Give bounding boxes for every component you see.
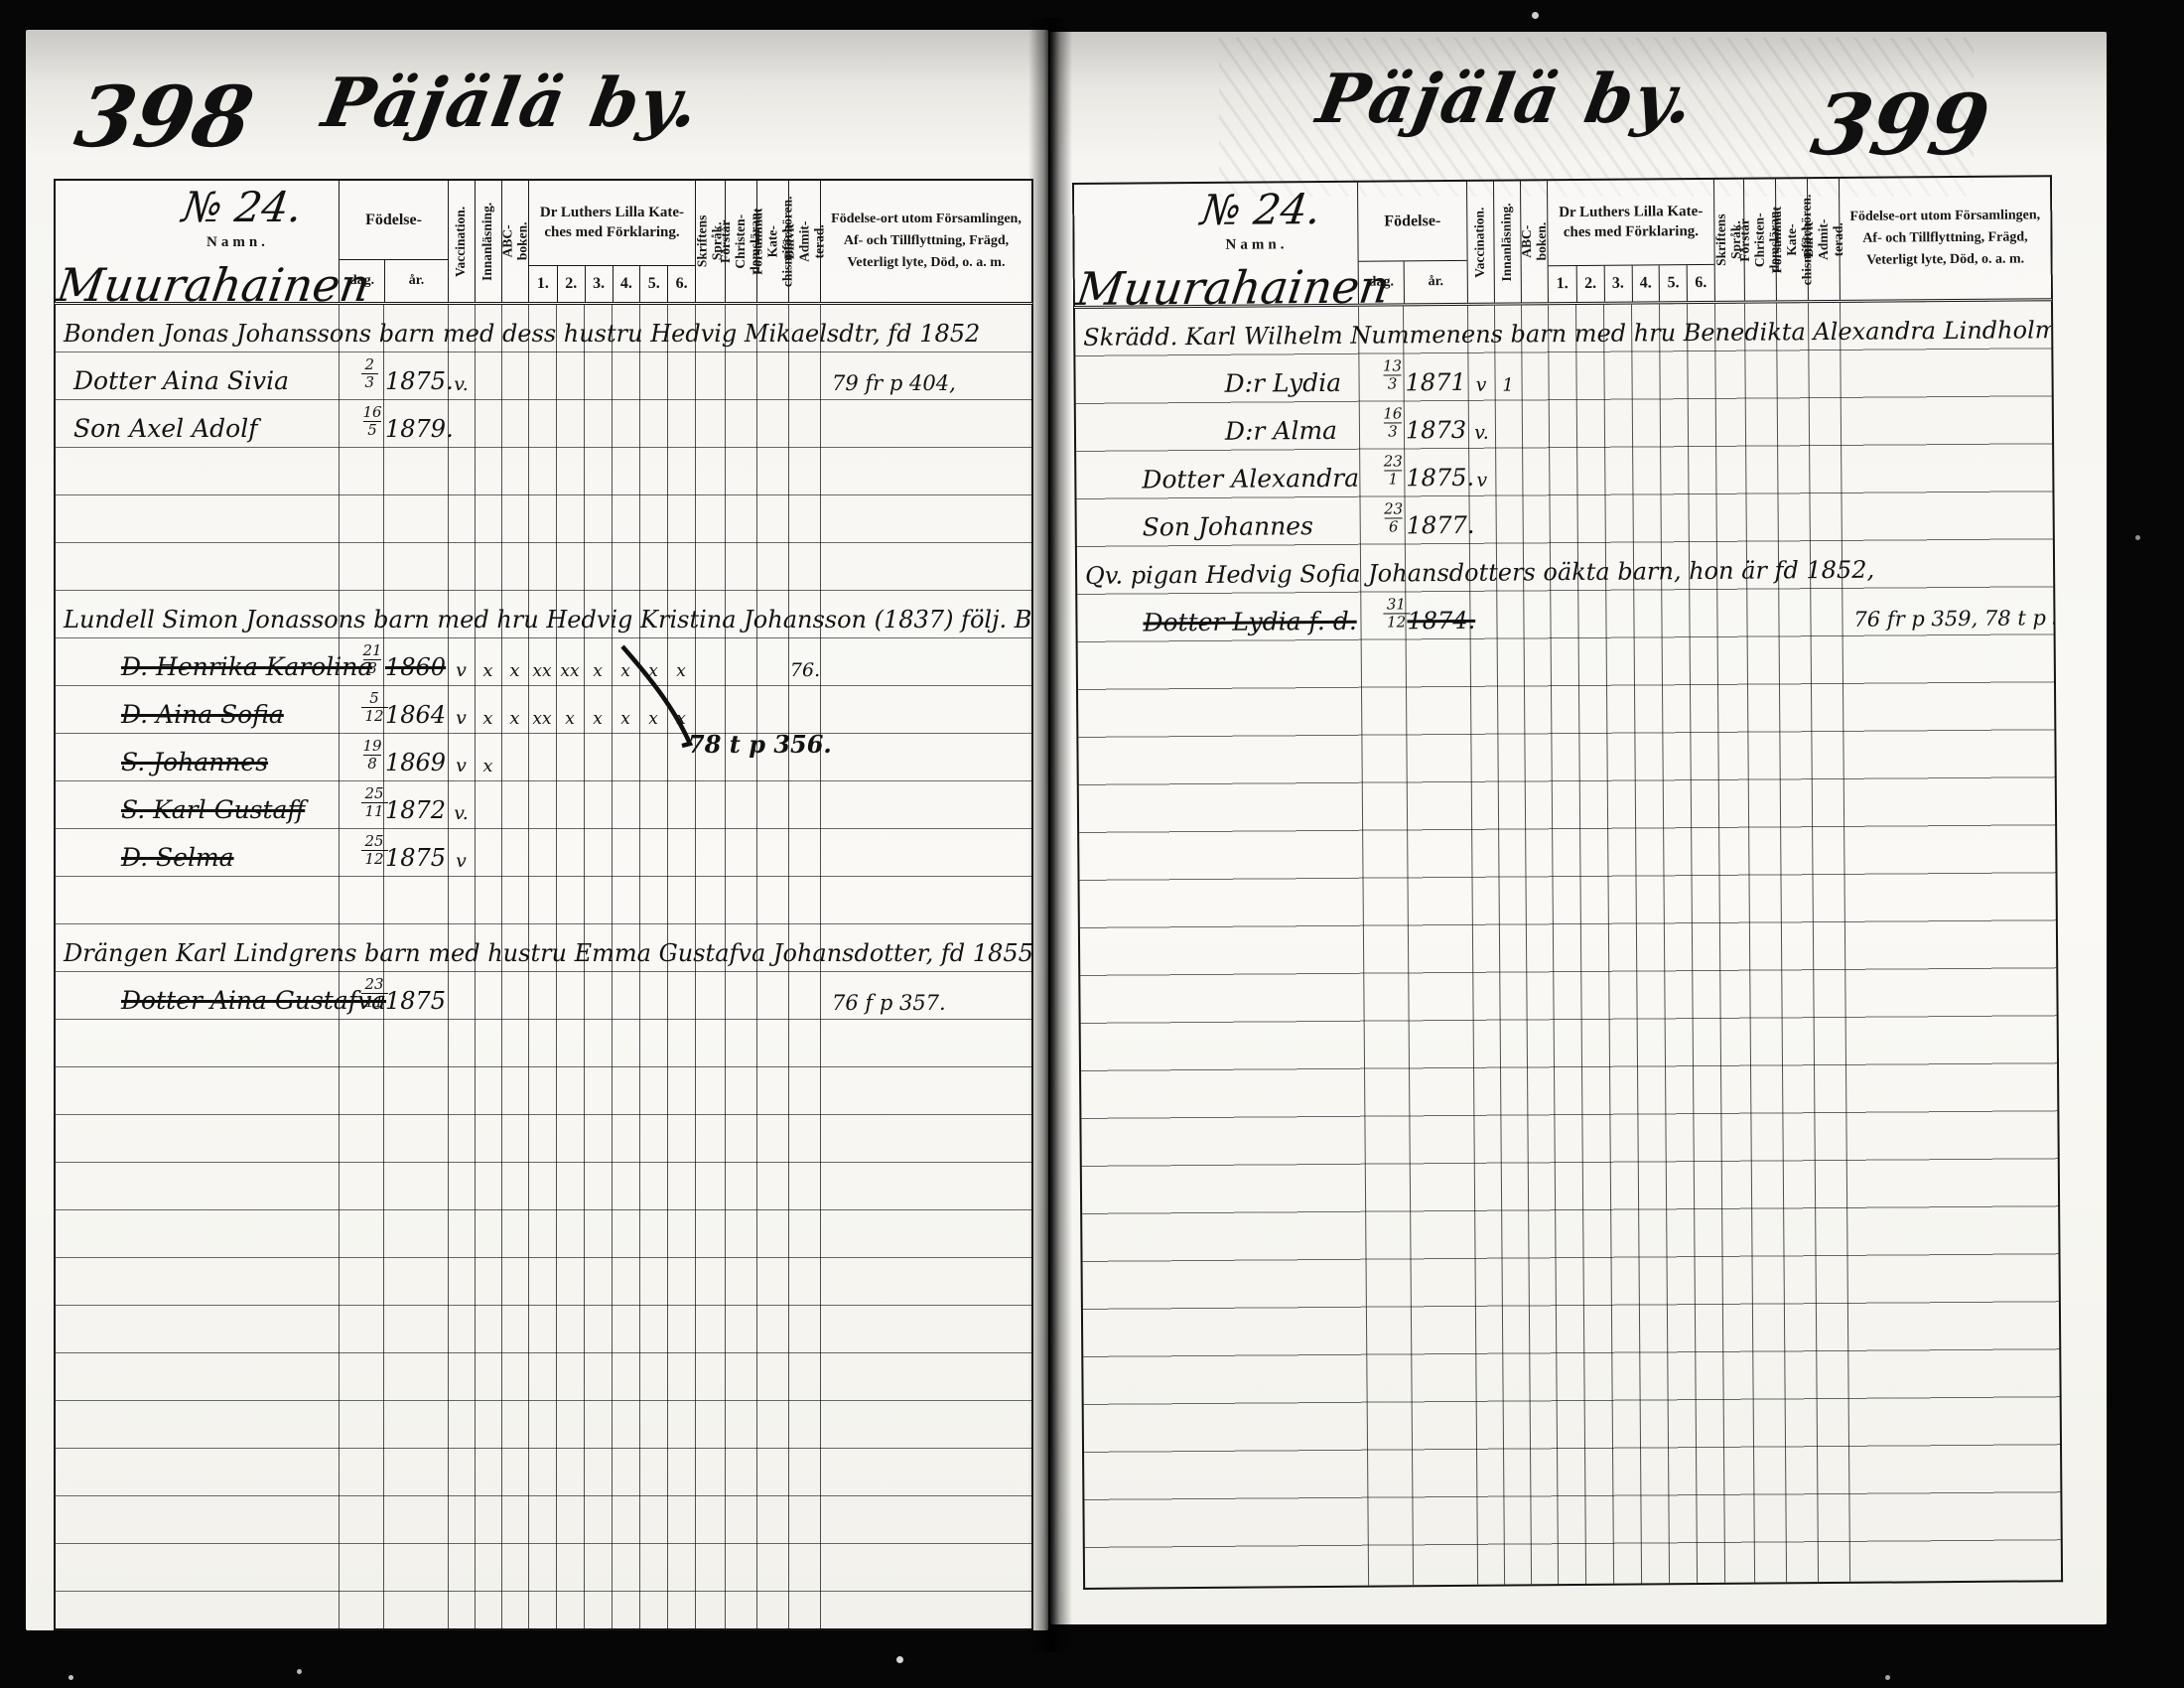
header-namn: № 24. Namn. Muurahainen <box>56 181 339 302</box>
kateches-col-6: 6. <box>1687 265 1714 301</box>
kateches-title-line1: Dr Luthers Lilla Kate- <box>1548 203 1713 223</box>
table-row: D. Selma 2512 1875 v <box>56 829 1031 877</box>
ar-label: år. <box>384 260 448 302</box>
header-abc-boken: ABC-boken. <box>1520 181 1548 302</box>
birth-year: 1875. <box>1406 464 1469 492</box>
vaccination-mark: v <box>448 755 475 776</box>
birth-year: 1869 <box>385 749 449 776</box>
family-header-row: Drängen Karl Lindgrens barn med hustru E… <box>56 924 1031 972</box>
header-innanlasning: Innanläsning. <box>475 181 501 302</box>
birth-year: 1879. <box>385 415 449 443</box>
table-row: D. Aina Sofia 512 1864 v x x xx x x x x … <box>56 686 1031 734</box>
kateches-mark-3: x <box>584 709 612 729</box>
kateches-col-1: 1. <box>1549 266 1576 302</box>
header-anteckningar: Födelse-ort utom Församlingen, Af- och T… <box>820 181 1031 302</box>
kateches-col-4: 4. <box>613 266 640 302</box>
book-gutter <box>1028 18 1072 1652</box>
reading-mark: x <box>475 660 501 681</box>
person-name: D:r Alma <box>1225 416 1337 446</box>
page-title: Päjälä by. <box>318 70 706 137</box>
kateches-col-3: 3. <box>585 266 613 302</box>
header-vaccination: Vaccination. <box>448 181 475 302</box>
vaccination-mark: v <box>1468 374 1495 396</box>
birth-year: 1874. <box>1407 607 1470 635</box>
family-header: Drängen Karl Lindgrens barn med hustru E… <box>64 939 1033 967</box>
vaccination-mark: v <box>448 659 475 681</box>
kateches-mark-3: x <box>584 661 612 681</box>
entry-number: № 24. <box>180 183 306 231</box>
birth-year: 1875. <box>385 367 449 395</box>
kateches-mark-2: x <box>556 709 584 729</box>
fodelse-label: Födelse- <box>340 181 448 259</box>
birth-year: 1864 <box>385 701 449 729</box>
kateches-col-5: 5. <box>639 266 667 302</box>
margin-note: 76 fr p 359, 78 t p 371. <box>1853 606 2052 632</box>
vaccination-mark: v <box>448 707 475 729</box>
page-number: 399 <box>1806 83 1994 167</box>
table-row: S. Johannes 198 1869 v x <box>56 734 1031 781</box>
ort-line1: Födelse-ort utom Församlingen, <box>825 209 1027 230</box>
kateches-col-4: 4. <box>1631 265 1659 301</box>
birth-year: 1877. <box>1407 511 1470 540</box>
reading-mark: x <box>475 756 501 776</box>
table-body: Bonden Jonas Johanssons barn med dess hu… <box>54 305 1033 1630</box>
vaccination-mark: v. <box>448 373 475 395</box>
header-vaccination: Vaccination. <box>1466 182 1494 303</box>
vaccination-mark: v. <box>1468 422 1495 444</box>
person-name: Dotter Aina Sivia <box>73 366 289 395</box>
table-header: № 24. Namn. Muurahainen Födelse- dag. år… <box>54 179 1033 305</box>
kateches-title-line2: ches med Förklaring. <box>529 223 695 243</box>
ar-label: år. <box>1404 261 1467 304</box>
table-row: D:r Alma 163 1873 v. <box>1076 396 2052 452</box>
entry-number: № 24. <box>1198 185 1323 234</box>
person-name: D. Selma <box>121 843 234 872</box>
section-name: Muurahainen <box>1073 259 1392 316</box>
birth-year: 1873 <box>1406 416 1469 445</box>
kateches-col-1: 1. <box>529 266 557 302</box>
annotation-text: 78 t p 356. <box>688 730 832 759</box>
kateches-col-5: 5. <box>1659 265 1687 301</box>
person-name: Son Johannes <box>1143 511 1313 541</box>
namn-label: Namn. <box>1225 236 1288 253</box>
page-title: Päjälä by. <box>1312 66 1701 133</box>
table-row: D:r Lydia 133 1871 v 1 <box>1075 349 2051 404</box>
birth-year: 1872 <box>385 796 449 824</box>
page-right: Päjälä by. 399 № 24. Namn. Muurahainen F… <box>1050 32 2107 1624</box>
fodelse-label: Födelse- <box>1358 182 1467 261</box>
person-name: D. Aina Sofia <box>121 700 284 729</box>
kateches-mark-1: xx <box>528 661 556 681</box>
ort-line2: Af- och Tillflyttning, Frägd, <box>1843 226 2046 249</box>
ort-line3: Veterligt lyte, Död, o. a. m. <box>1844 248 2047 271</box>
abc-mark: x <box>501 660 528 681</box>
abc-mark: x <box>501 708 528 729</box>
person-name: S. Karl Gustaff <box>121 795 305 824</box>
kateches-mark-1: xx <box>528 709 556 729</box>
header-innanlasning: Innanläsning. <box>1493 181 1521 302</box>
table-row: S. Karl Gustaff 2511 1872 v. <box>56 781 1031 829</box>
family-header: Lundell Simon Jonassons barn med hru Hed… <box>64 606 1033 633</box>
ort-line3: Veterligt lyte, Död, o. a. m. <box>825 252 1027 274</box>
person-name: D. Henrika Karolina <box>121 652 372 681</box>
reading-mark: 1 <box>1495 374 1522 395</box>
person-name: Dotter Aina Gustafva <box>121 986 386 1015</box>
table-row: Dotter Alexandra 231 1875. v <box>1076 444 2052 499</box>
header-abc-boken: ABC-boken. <box>501 181 528 302</box>
kateches-col-3: 3. <box>1603 266 1631 302</box>
family-header-row: Lundell Simon Jonassons barn med hru Hed… <box>56 591 1031 638</box>
page-left: 398 Päjälä by. № 24. Namn. Muurahainen F… <box>26 30 1048 1630</box>
header-kateches: Dr Luthers Lilla Kate- ches med Förklari… <box>528 181 695 302</box>
kateches-col-2: 2. <box>1576 266 1604 302</box>
kateches-title-line1: Dr Luthers Lilla Kate- <box>529 204 695 223</box>
person-name: Dotter Lydia f. d. <box>1143 607 1356 637</box>
reading-mark: x <box>475 708 501 729</box>
person-name: D:r Lydia <box>1224 368 1341 398</box>
header-kateches: Dr Luthers Lilla Kate- ches med Förklari… <box>1547 180 1714 302</box>
person-name: Dotter Alexandra <box>1142 464 1359 494</box>
ort-line2: Af- och Tillflyttning, Frägd, <box>825 230 1027 252</box>
header-namn: № 24. Namn. Muurahainen <box>1074 183 1358 306</box>
table-header: № 24. Namn. Muurahainen Födelse- dag. år… <box>1072 175 2053 309</box>
ort-line1: Födelse-ort utom Församlingen, <box>1843 206 2046 228</box>
table-row: D. Henrika Karolina 218 1860 v x x xx xx… <box>56 638 1031 686</box>
family-header-row: Qv. pigan Hedvig Sofia Johansdotters oäk… <box>1077 539 2053 595</box>
kateches-mark-2: xx <box>556 661 584 681</box>
record-table: № 24. Namn. Muurahainen Födelse- dag. år… <box>54 179 1033 1630</box>
table-body: Skrädd. Karl Wilhelm Nummenens barn med … <box>1073 301 2063 1590</box>
vaccination-mark: v <box>1468 470 1495 492</box>
book-scan: 398 Päjälä by. № 24. Namn. Muurahainen F… <box>0 0 2184 1688</box>
scan-specks <box>0 0 3 3</box>
family-header: Bonden Jonas Johanssons barn med dess hu… <box>64 320 980 348</box>
table-row: Son Johannes 236 1877. <box>1077 492 2053 547</box>
person-name: S. Johannes <box>121 748 268 776</box>
header-anteckningar: Födelse-ort utom Församlingen, Af- och T… <box>1839 177 2051 300</box>
table-row: Dotter Aina Gustafva 2311 1875 76 f p 35… <box>56 972 1031 1020</box>
margin-note: 76 f p 357. <box>832 991 1030 1015</box>
kateches-col-6: 6. <box>667 266 695 302</box>
kateches-col-2: 2. <box>557 266 585 302</box>
page-number: 398 <box>70 75 259 159</box>
person-name: Son Axel Adolf <box>73 414 257 443</box>
vaccination-mark: v <box>448 850 475 872</box>
birth-year: 1875 <box>385 987 449 1015</box>
birth-year: 1871 <box>1405 368 1468 397</box>
family-header: Skrädd. Karl Wilhelm Nummenens barn med … <box>1083 314 2063 352</box>
family-header: Qv. pigan Hedvig Sofia Johansdotters oäk… <box>1085 556 1874 590</box>
record-table: № 24. Namn. Muurahainen Födelse- dag. år… <box>1072 175 2063 1590</box>
table-row: Dotter Lydia f. d. 3112 1874. 76 fr p 35… <box>1077 587 2053 642</box>
birth-year: 1860 <box>385 653 449 681</box>
namn-label: Namn. <box>206 234 269 251</box>
table-row: Son Axel Adolf 165 1879. <box>56 400 1031 448</box>
header-admitterad: Blifvit Admit­terad. <box>788 181 820 302</box>
section-name: Muurahainen <box>54 258 373 312</box>
admitted-mark: 76. <box>788 659 822 681</box>
kateches-title-line2: ches med Förklaring. <box>1548 221 1713 242</box>
header-admitterad: Blifvit Admit­terad. <box>1807 179 1840 300</box>
table-row: Dotter Aina Sivia 23 1875. v. 79 fr p 40… <box>56 352 1031 400</box>
birth-year: 1875 <box>385 844 449 872</box>
margin-note: 79 fr p 404, <box>832 371 1030 395</box>
family-header-row: Bonden Jonas Johanssons barn med dess hu… <box>56 305 1031 352</box>
vaccination-mark: v. <box>448 802 475 824</box>
